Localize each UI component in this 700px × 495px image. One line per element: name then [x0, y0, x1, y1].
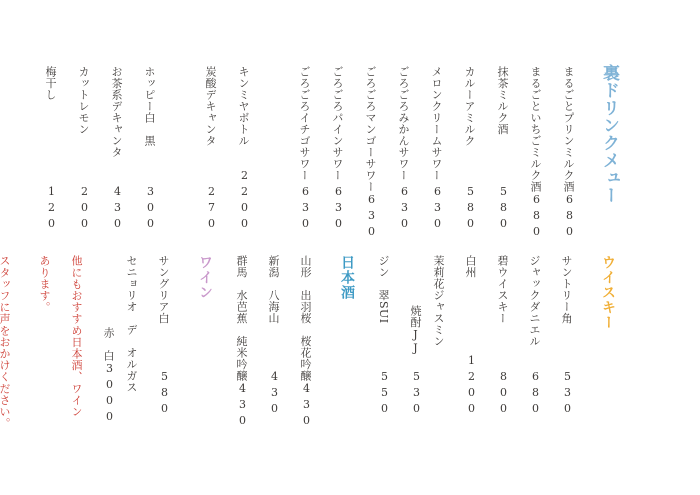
item-price: 630 — [395, 185, 411, 233]
menu-item-matcha-milk: 抹茶ミルク酒 580 — [494, 66, 510, 233]
item-name-line: 茉莉花ジャスミン — [430, 255, 446, 418]
menu-item-senorio-de-orgaz: セニョリオ デ オルガス 赤 白 3000 — [100, 255, 139, 418]
item-price: 3000 — [100, 362, 116, 426]
item-name: 抹茶ミルク酒 — [494, 66, 510, 135]
item-name: ごろごろみかんサワー — [395, 66, 411, 181]
item-subname-line: 焼酎JJ 530 — [407, 255, 423, 418]
item-name: お茶系デキャンタ — [108, 66, 124, 158]
item-name: サントリー角 — [558, 255, 574, 324]
item-name: メロンクリームサワー — [428, 66, 444, 181]
item-name: カットレモン — [75, 66, 91, 135]
item-price: 300 — [141, 185, 157, 233]
menu-item-kinmiya-bottle: キンミヤボトル 2200 — [235, 66, 251, 233]
item-name: 炭酸デキャンタ — [202, 66, 218, 147]
item-price: 580 — [155, 370, 171, 418]
menu-item-tansan-decanter: 炭酸デキャンタ 270 — [202, 66, 218, 233]
item-price: 630 — [329, 185, 345, 233]
menu-item-melon-cream-sour: メロンクリームサワー 630 — [428, 66, 444, 233]
menu-item-dewazakura: 山形 出羽桜 桜花吟醸 430 — [297, 255, 313, 418]
item-name: ごろごろマンゴーサワー — [362, 66, 378, 193]
item-name: 梅干し — [42, 66, 58, 101]
sake-section-heading: 日本酒 — [337, 255, 357, 418]
item-price: 530 — [558, 370, 574, 418]
menu-item-gin-sui: ジン 翠SUI 550 — [375, 255, 391, 418]
item-name: まるごとプリンミルク酒 — [560, 66, 576, 193]
item-name: まるごといちごミルク酒 — [527, 66, 543, 193]
menu-item-ichigo-milk: まるごといちごミルク酒 680 — [527, 66, 543, 233]
item-name: 群馬 水芭蕉 純米吟醸 — [233, 255, 249, 382]
item-name: サングリア白 — [155, 255, 171, 324]
item-price: 120 — [42, 185, 58, 233]
item-name: 山形 出羽桜 桜花吟醸 — [297, 255, 313, 382]
menu-item-hoppy: ホッピー白 黒 300 — [141, 66, 157, 233]
item-price: 630 — [296, 185, 312, 233]
item-name: 新潟 八海山 — [265, 255, 281, 324]
menu-item-kahlua-milk: カルーアミルク 580 — [461, 66, 477, 233]
item-price: 680 — [526, 370, 542, 418]
item-name: ジャックダニエル — [526, 255, 542, 347]
menu-item-purin-milk: まるごとプリンミルク酒 680 — [560, 66, 576, 233]
menu-item-cut-lemon: カットレモン 200 — [75, 66, 91, 233]
item-price: 680 — [527, 193, 543, 241]
item-price: 2200 — [235, 169, 251, 233]
item-price: 430 — [297, 382, 313, 430]
menu-item-ichigo-sour: ごろごろイチゴサワー 630 — [296, 66, 312, 233]
page-title: 裏ドリンクメュー — [597, 64, 622, 204]
menu-item-mizubasho: 群馬 水芭蕉 純米吟醸 430 — [233, 255, 249, 418]
item-name-line: セニョリオ デ オルガス — [123, 255, 139, 418]
item-price: 580 — [461, 185, 477, 233]
menu-item-hakkaisan: 新潟 八海山 430 — [265, 255, 281, 418]
item-price: 270 — [202, 185, 218, 233]
item-name: 茉莉花ジャスミン — [430, 255, 446, 347]
menu-item-mango-sour: ごろごろマンゴーサワー 630 — [362, 66, 378, 233]
item-price: 680 — [560, 193, 576, 241]
item-subname: 焼酎JJ — [407, 255, 423, 355]
item-price: 530 — [407, 370, 423, 418]
menu-item-jasmine-shochu: 茉莉花ジャスミン 焼酎JJ 530 — [407, 255, 446, 418]
item-name: セニョリオ デ オルガス — [123, 255, 139, 393]
bottom-menu-section: ウイスキー サントリー角 530 ジャックダニエル 680 碧ウイスキー 800… — [0, 255, 620, 418]
item-price: 200 — [75, 185, 91, 233]
wine-section-heading: ワイン — [195, 255, 215, 418]
top-menu-section: まるごとプリンミルク酒 680 まるごといちごミルク酒 680 抹茶ミルク酒 5… — [42, 66, 576, 233]
item-name: 白州 — [462, 255, 478, 278]
item-name: 碧ウイスキー — [494, 255, 510, 324]
menu-item-sangria-white: サングリア白 580 — [155, 255, 171, 418]
item-name: ごろごろパインサワー — [329, 66, 345, 181]
recommend-note-line2: あります。 — [36, 255, 52, 441]
item-name: ジン 翠SUI — [375, 255, 391, 324]
menu-item-jack-daniels: ジャックダニエル 680 — [526, 255, 542, 418]
item-name: ホッピー白 黒 — [141, 66, 157, 147]
item-price: 630 — [362, 193, 378, 241]
item-price: 800 — [494, 370, 510, 418]
menu-item-umeboshi: 梅干し 120 — [42, 66, 58, 233]
item-price: 550 — [375, 370, 391, 418]
menu-item-mikan-sour: ごろごろみかんサワー 630 — [395, 66, 411, 233]
menu-item-suntory-kaku: サントリー角 530 — [558, 255, 574, 418]
item-price: 1200 — [462, 354, 478, 418]
item-price: 430 — [108, 185, 124, 233]
menu-item-ao-whisky: 碧ウイスキー 800 — [494, 255, 510, 418]
item-subname: 赤 白 — [100, 255, 116, 362]
item-name: キンミヤボトル — [235, 66, 251, 147]
item-price: 630 — [428, 185, 444, 233]
whisky-section-heading: ウイスキー — [598, 255, 618, 418]
recommend-note-line1: 他にもおすすめ日本酒、ワイン — [68, 255, 84, 441]
item-price: 580 — [494, 185, 510, 233]
staff-note: スタッフに声をおかけください。 — [0, 255, 12, 441]
drink-menu-page: 裏ドリンクメュー まるごとプリンミルク酒 680 まるごといちごミルク酒 680… — [0, 0, 700, 495]
item-price: 430 — [265, 370, 281, 418]
item-price: 430 — [233, 382, 249, 430]
item-subname-line: 赤 白 3000 — [100, 255, 116, 418]
menu-item-ocha-decanter: お茶系デキャンタ 430 — [108, 66, 124, 233]
item-name: ごろごろイチゴサワー — [296, 66, 312, 181]
menu-item-pine-sour: ごろごろパインサワー 630 — [329, 66, 345, 233]
menu-item-hakushu: 白州 1200 — [462, 255, 478, 418]
item-name: カルーアミルク — [461, 66, 477, 147]
